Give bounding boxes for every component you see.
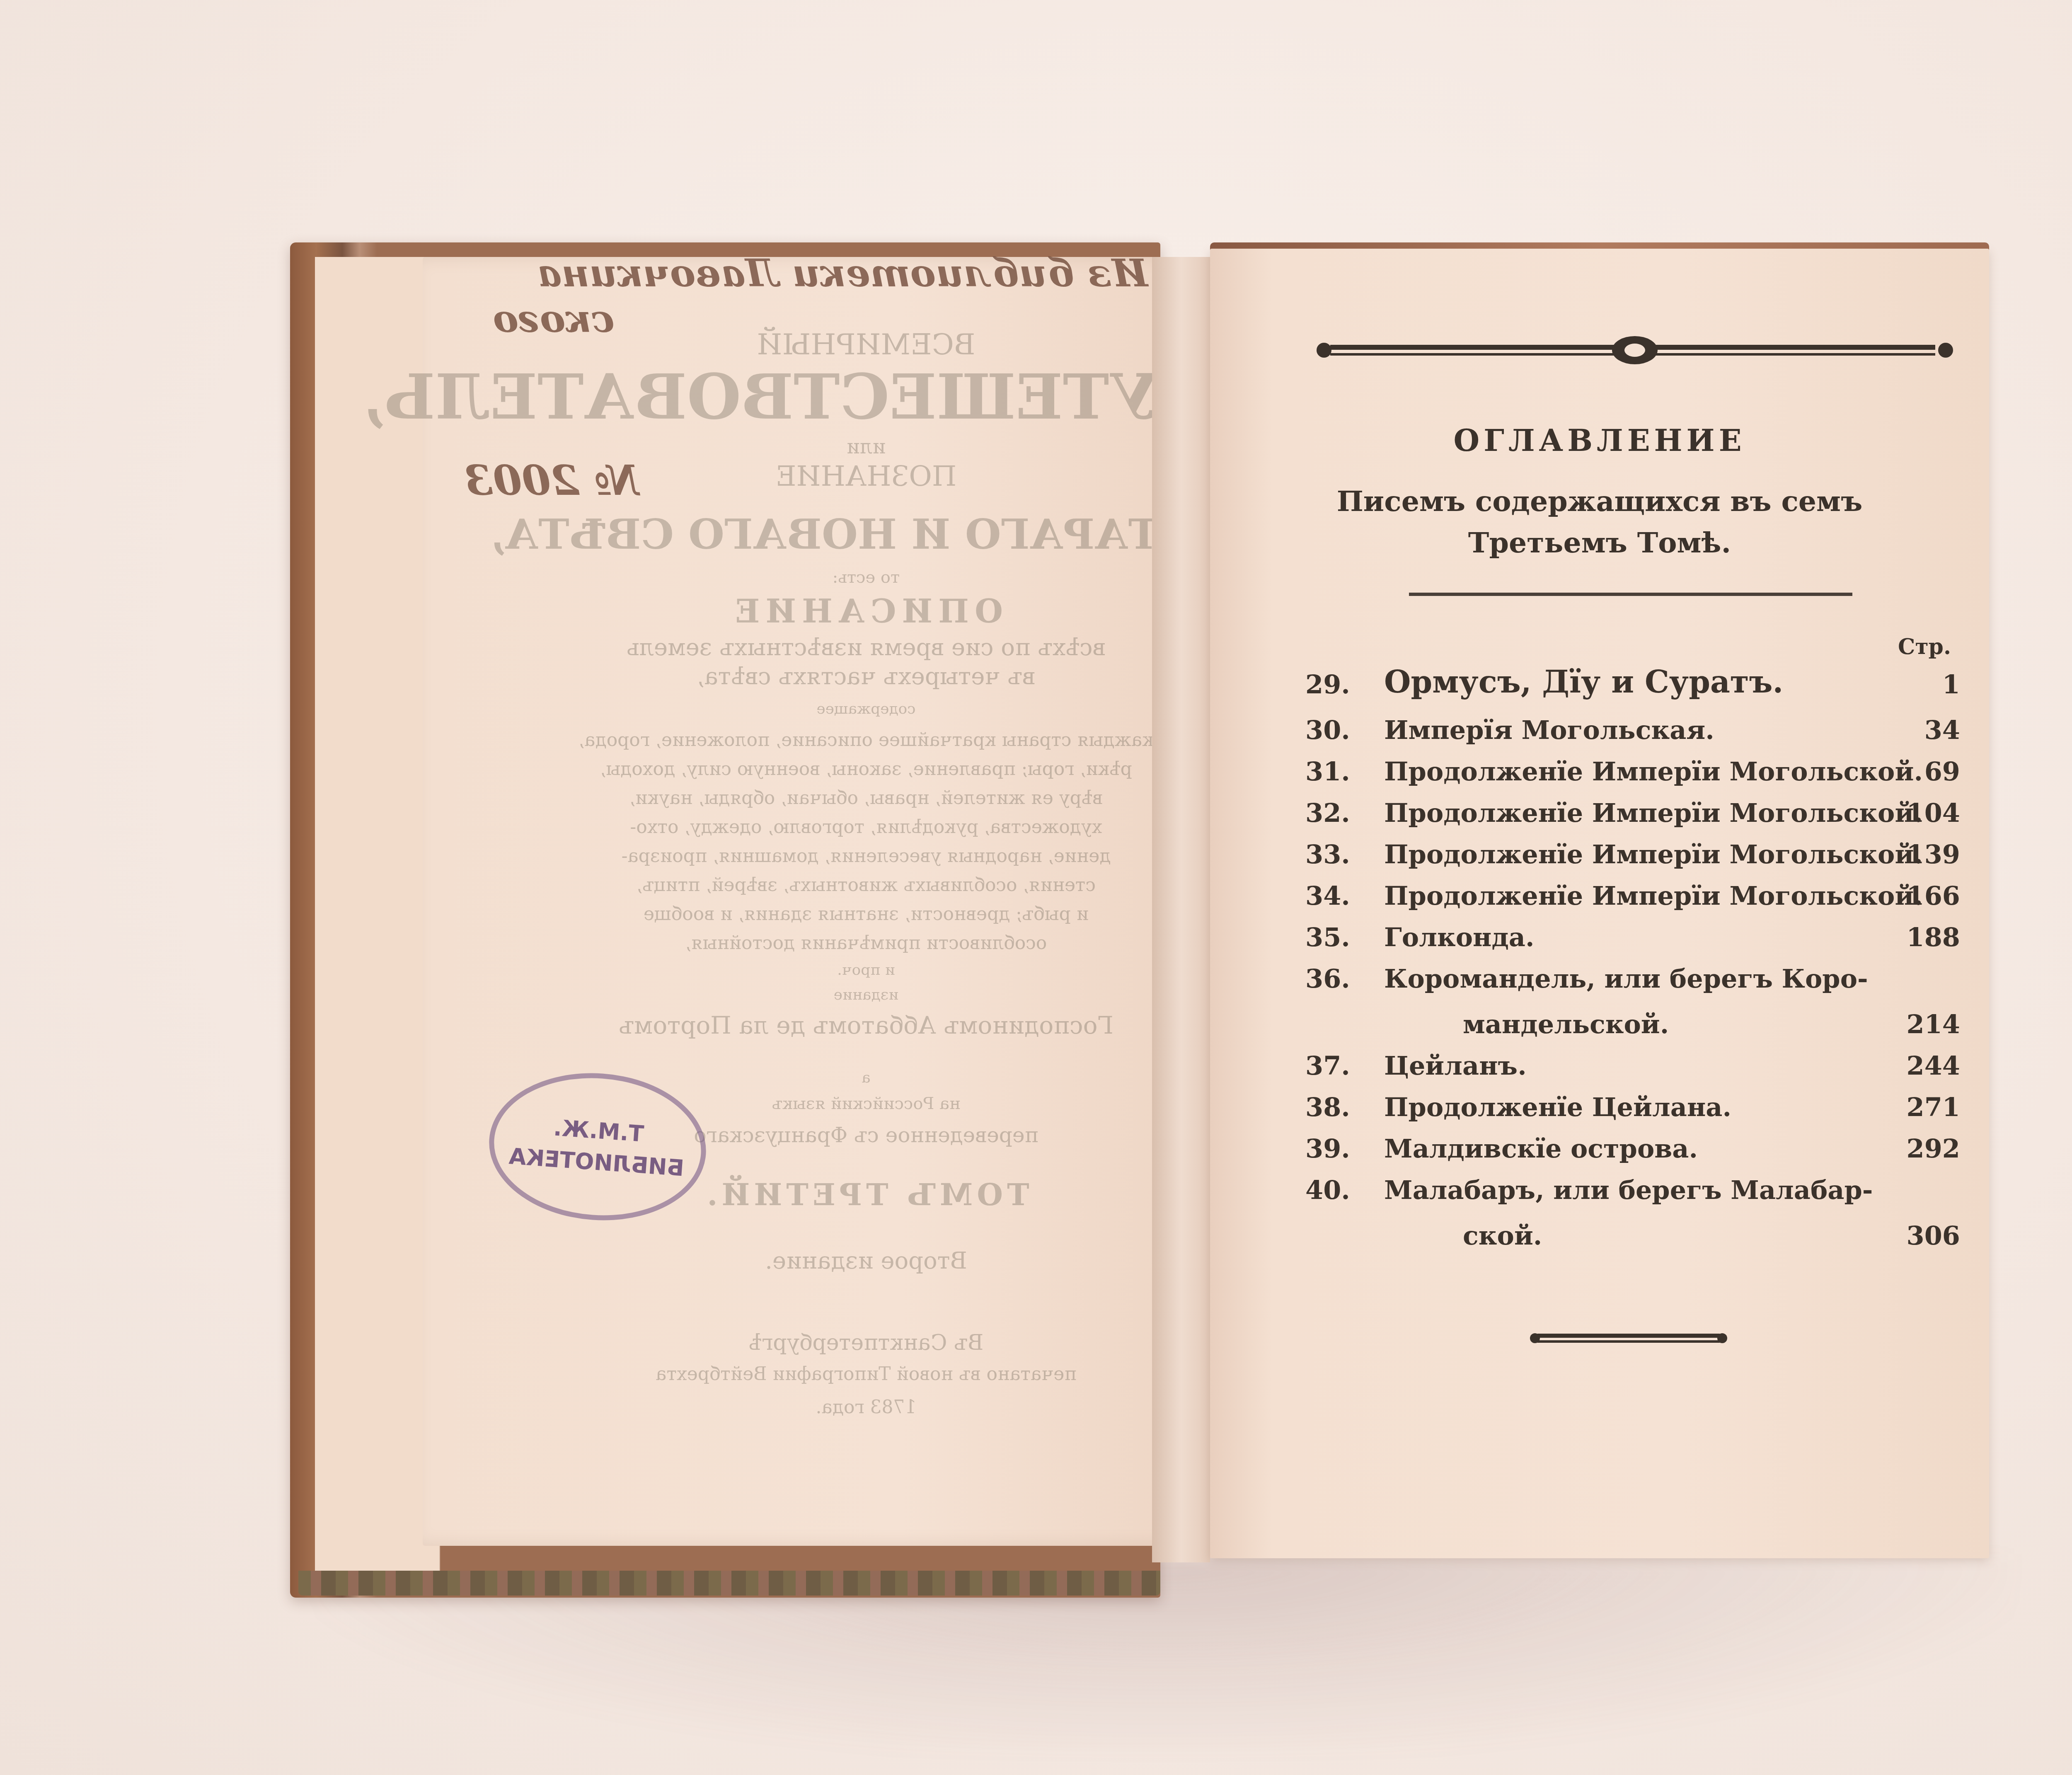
toc-entry: 34. Продолженїе Имперїи Могольской. 166 — [1305, 881, 1960, 922]
entry-title: Цейланъ. — [1384, 1051, 1527, 1081]
entry-number: 29. — [1305, 669, 1350, 700]
entry-number: 31. — [1305, 756, 1350, 787]
toc-entry: 39. Малдивскїе острова. 292 — [1305, 1133, 1960, 1175]
mirror-line: ПУТЕШЕСТВОВАТЕЛЬ, — [464, 361, 1218, 433]
heading-rule — [1409, 593, 1852, 596]
mirror-line: всѣхъ по сие время извѣстныхъ земель — [514, 634, 1218, 661]
toc-entry: 32. Продолженїе Имперїи Могольской. 104 — [1305, 798, 1960, 839]
mirror-line: или — [514, 435, 1218, 458]
toc-subheading-2: Третьемъ Томѣ. — [1210, 526, 1989, 559]
mirror-line: 1783 года. — [514, 1397, 1218, 1418]
entry-page: 1 — [1942, 669, 1960, 700]
handwritten-ownership-line: Из библиотеки Лавочкина — [443, 251, 1148, 295]
toc-entry: 31. Продолженїе Имперїи Могольской. 69 — [1305, 756, 1960, 798]
entry-title: Продолженїе Имперїи Могольской. — [1384, 756, 1923, 787]
mirror-line: въ четырехъ частяхъ свѣта, — [514, 663, 1218, 690]
entry-title: Имперїя Могольская. — [1384, 715, 1714, 745]
entry-title: Ормусъ, Дїу и Суратъ. — [1384, 664, 1783, 700]
mirror-line: ПОЗНАНИЕ — [514, 460, 1218, 493]
marbled-edge — [298, 1571, 1160, 1596]
entry-page: 292 — [1907, 1133, 1960, 1164]
mirror-line: вѣру ея жителей, нравы, обычаи, обряды, … — [514, 787, 1218, 809]
mirror-line: Въ Санктпетербургѣ — [514, 1330, 1218, 1355]
entry-page: 139 — [1907, 839, 1960, 869]
mirror-line: издание — [514, 986, 1218, 1003]
mirror-line: дение, народныя увеселения, домашния, пр… — [514, 845, 1218, 867]
mirror-line: стения, особливыхъ животныхъ, звѣрей, пт… — [514, 874, 1218, 896]
mirror-line: рѣки, горы; правление, законы, военную с… — [514, 758, 1218, 780]
toc-entry: 33. Продолженїе Имперїи Могольской. 139 — [1305, 839, 1960, 881]
stamp-line-2: БИБЛИОТЕКА — [508, 1141, 685, 1184]
book-gutter — [1152, 257, 1210, 1562]
entry-title: Продолженїе Имперїи Могольской. — [1384, 839, 1923, 869]
entry-number: 33. — [1305, 839, 1350, 869]
entry-page: 244 — [1907, 1051, 1960, 1081]
mirror-line: Господиномъ Аббатомъ де ла Портомъ — [514, 1011, 1218, 1039]
entry-page: 214 — [1907, 1009, 1960, 1039]
entry-number: 37. — [1305, 1051, 1350, 1081]
entry-number: 40. — [1305, 1175, 1350, 1205]
mirror-line: Второе издание. — [514, 1247, 1218, 1274]
mirror-line: и рыбъ; древности, знатныя здания, и воо… — [514, 903, 1218, 925]
entry-page: 166 — [1907, 881, 1960, 911]
entry-title: Продолженїе Имперїи Могольской. — [1384, 798, 1923, 828]
entry-number: 38. — [1305, 1092, 1350, 1122]
toc-entry: 37. Цейланъ. 244 — [1305, 1051, 1960, 1092]
entry-number: 34. — [1305, 881, 1350, 911]
mirror-line: содержащее — [514, 700, 1218, 717]
entry-number: 30. — [1305, 715, 1350, 745]
toc-entry: 38. Продолженїе Цейлана. 271 — [1305, 1092, 1960, 1133]
entry-page: 69 — [1924, 756, 1960, 787]
toc-heading: ОГЛАВЛЕНИЕ — [1210, 423, 1989, 458]
entry-page: 306 — [1907, 1220, 1960, 1251]
mirror-line: художества, рукодѣлия, торговлю, одежду,… — [514, 816, 1218, 838]
mirror-line: печатано въ новой Типографии Вейтбрехта — [514, 1363, 1218, 1385]
decorative-header-ornament — [1314, 336, 1956, 365]
toc-entry: 40. Малабаръ, или берегъ Малабар- ской. … — [1305, 1175, 1960, 1258]
entry-title: Продолженїе Имперїи Могольской. — [1384, 881, 1923, 911]
page-column-label: Стр. — [1898, 634, 1951, 659]
mirror-line: СТАРАГО И НОВАГО СВѢТА, — [464, 510, 1218, 559]
entry-title: Продолженїе Цейлана. — [1384, 1092, 1731, 1122]
toc-entry: 29. Ормусъ, Дїу и Суратъ. 1 — [1305, 669, 1960, 711]
entry-title: Голконда. — [1384, 922, 1534, 952]
mirror-line: ВСЕМИРНЫЙ — [514, 327, 1218, 361]
mirror-line: ОПИСАНИЕ — [514, 593, 1218, 630]
entry-number: 35. — [1305, 922, 1350, 952]
entry-title: Коромандель, или берегъ Коро- — [1384, 964, 1868, 994]
mirror-line: то есть: — [514, 568, 1218, 587]
toc-subheading-1: Писемъ содержащихся въ семъ — [1210, 485, 1989, 518]
entry-page: 34 — [1924, 715, 1960, 745]
mirror-line: и проч. — [514, 961, 1218, 978]
entry-page: 271 — [1907, 1092, 1960, 1122]
toc-entry: 35. Голконда. 188 — [1305, 922, 1960, 964]
entry-page: 104 — [1907, 798, 1960, 828]
toc-entry: 30. Имперїя Могольская. 34 — [1305, 715, 1960, 756]
toc-entry: 36. Коромандель, или берегъ Коро- мандел… — [1305, 964, 1960, 1046]
entry-page: 188 — [1907, 922, 1960, 952]
left-flyleaf — [315, 257, 440, 1579]
entry-title: Малдивскїе острова. — [1384, 1133, 1698, 1164]
entry-number: 36. — [1305, 964, 1350, 994]
entry-title-continued: ской. — [1463, 1220, 1542, 1251]
mirror-line: каждыя страны кратчайшее описание, полож… — [514, 729, 1218, 751]
mirror-line: особливости примѣчания достойныя, — [514, 932, 1218, 954]
decorative-footer-ornament — [1529, 1330, 1728, 1347]
entry-number: 39. — [1305, 1133, 1350, 1164]
entry-title-continued: мандельской. — [1463, 1009, 1669, 1039]
entry-title: Малабаръ, или берегъ Малабар- — [1384, 1175, 1873, 1205]
entry-number: 32. — [1305, 798, 1350, 828]
